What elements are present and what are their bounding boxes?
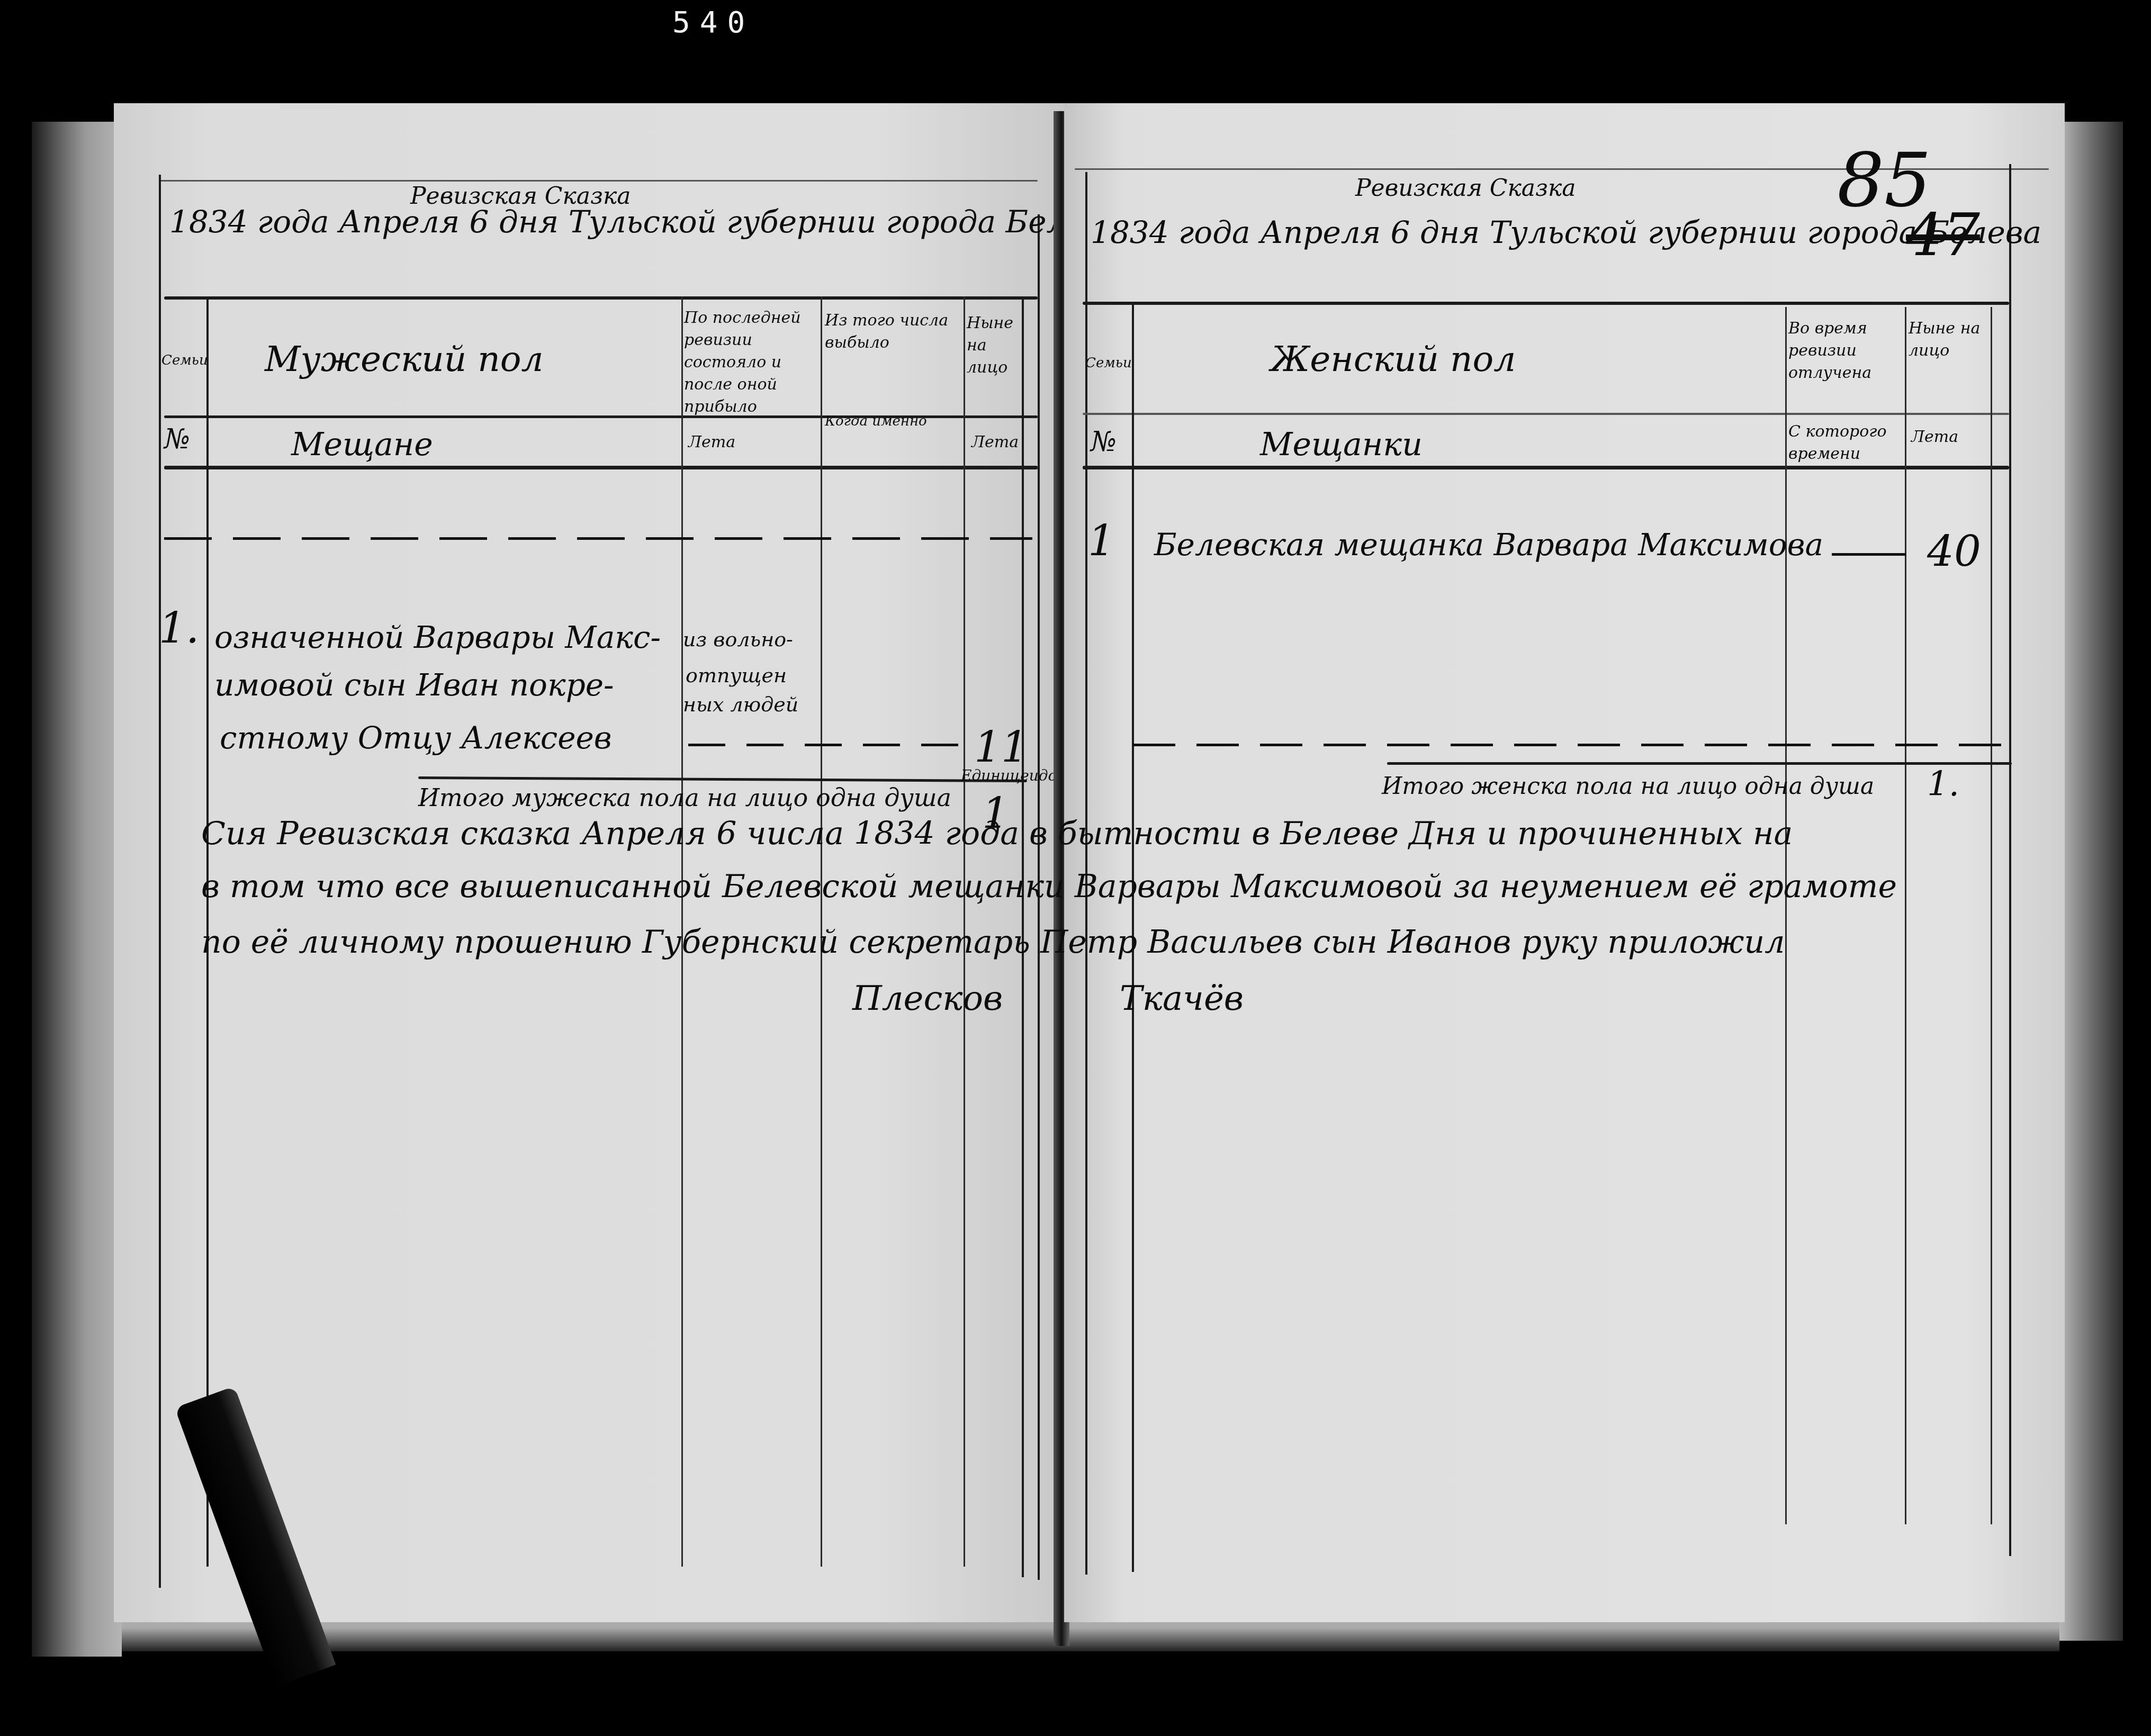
- right-header-now: Ныне на лицо: [1909, 318, 1988, 362]
- left-header-departed-sub: Когда именно: [825, 410, 957, 432]
- right-header-class: Мещанки: [1260, 426, 1423, 463]
- left-header-class: Мещане: [291, 426, 433, 463]
- attestation-line-3: по её личному прошению Губернский секрет…: [201, 924, 1785, 961]
- book-edge-left: [32, 122, 122, 1657]
- attestation-line-1: Сия Ревизская сказка Апреля 6 числа 1834…: [201, 815, 1793, 852]
- left-margin-line: [159, 175, 161, 1588]
- right-right-margin-line: [2009, 164, 2011, 1556]
- left-header-prev-sub: Лета: [688, 431, 794, 454]
- right-col-departed: [1785, 307, 1787, 1524]
- right-header-departed-sub: С которого времени: [1788, 421, 1902, 465]
- left-header-now-sub: Лета: [971, 431, 1019, 454]
- right-header-number: №: [1091, 426, 1117, 458]
- left-header-prev-revision: По последней ревизии состояло и после он…: [684, 307, 816, 418]
- right-row-1-dash: [1832, 553, 1906, 556]
- left-total-units-label: Единицеидов: [961, 765, 1035, 787]
- right-header-main-title: Женский пол: [1271, 339, 1516, 379]
- left-top-rule: [159, 180, 1038, 182]
- right-row-1-number: 1: [1088, 516, 1115, 565]
- left-header-family: Семьи: [161, 349, 204, 372]
- right-total-line: Итого женска пола на лицо одна душа: [1382, 773, 1874, 800]
- right-col-now: [1905, 307, 1906, 1524]
- left-row-1-number: 1.: [159, 603, 199, 653]
- right-header-bottom: [1083, 466, 2009, 469]
- right-header-now-sub: Лета: [1911, 426, 1985, 448]
- right-col-end: [1991, 307, 1992, 1524]
- left-row-1-dashes: [688, 744, 964, 746]
- right-total-rule: [1387, 762, 2012, 765]
- left-header-bottom: [164, 466, 1038, 469]
- left-header-departed: Из того числа выбыло: [825, 310, 957, 354]
- left-row-1-prev-1: из вольно-: [683, 625, 821, 654]
- right-row-dashes: [1133, 744, 2012, 746]
- left-row-1-prev-3: ных людей: [683, 693, 821, 716]
- left-header-now: Ныне на лицо: [967, 312, 1025, 379]
- book-edge-right: [2059, 122, 2123, 1641]
- left-total-line: Итого мужеска пола на лицо одна душа: [418, 783, 951, 812]
- signature-1: Плесков: [852, 979, 1003, 1018]
- archive-stamp: 540: [672, 5, 754, 40]
- left-date-line: 1834 года Апреля 6 дня Тульской губернии…: [169, 204, 1120, 240]
- left-table-top: [164, 296, 1038, 300]
- left-row-1-line-1: означенной Варвары Макс-: [214, 619, 661, 655]
- right-heading: Ревизская Сказка: [1355, 175, 1576, 202]
- right-header-departed: Во время ревизии отлучена: [1788, 318, 1902, 384]
- right-header-divider: [1083, 413, 2009, 415]
- left-header-number: №: [164, 423, 190, 455]
- left-header-main-title: Мужеский пол: [265, 339, 544, 379]
- right-total-value: 1.: [1927, 765, 1959, 804]
- left-row-1-prev-2: отпущен: [686, 664, 823, 686]
- left-row-empty-dashes: [164, 537, 1032, 540]
- right-header-family: Семьи: [1085, 352, 1130, 374]
- attestation-line-2: в том что все вышеписанной Белевской мещ…: [201, 868, 1897, 905]
- left-row-1-line-3: стному Отцу Алексеев: [220, 720, 612, 756]
- right-row-1-now-age: 40: [1927, 527, 1981, 576]
- right-table-top: [1083, 302, 2009, 305]
- left-row-1-line-2: имовой сын Иван покре-: [214, 667, 614, 703]
- folio-struck-number: 47: [1906, 201, 1980, 269]
- signature-2: Ткачёв: [1120, 979, 1244, 1018]
- right-row-1-text: Белевская мещанка Варвара Максимова: [1154, 527, 1823, 563]
